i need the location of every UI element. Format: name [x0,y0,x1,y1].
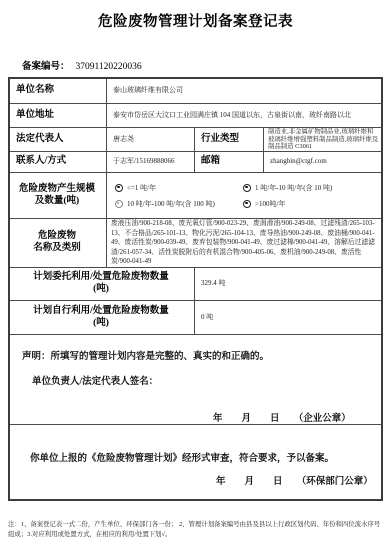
row-contact: 联系人/方式 于志军/15169888066 邮箱 zhangbin@ctgf.… [10,152,381,173]
footnote: 注：1、备案登记表一式二份，产生单位、环保部门各一份； 2、管理计划备案编号由县… [8,520,381,540]
record-number-label: 备案编号： [22,62,70,72]
signature-label: 单位负责人/法定代表人签名： [32,373,381,387]
radio-option: <=1 吨/年 [115,180,243,196]
self-qty-value: 0 吨 [195,301,381,334]
row-approval: 你单位上报的《危险废物管理计划》经形式审查，符合要求，予以备案。 年 月 日 （… [10,425,381,499]
unit-address-value: 泰安市岱岳区大汶口工业园满庄镇 104 国道以东，古泉街以南，玻纤南路以北 [107,104,381,127]
approval-block: 你单位上报的《危险废物管理计划》经形式审查，符合要求，予以备案。 年 月 日 （… [10,425,381,499]
row-declaration: 声明：所填写的管理计划内容是完整的、真实的和正确的。 单位负责人/法定代表人签名… [10,335,381,425]
declaration-statement: 声明：所填写的管理计划内容是完整的、真实的和正确的。 [22,348,381,362]
registration-form-page: 危险废物管理计划备案登记表 备案编号：37091120220036 单位名称 泰… [0,0,391,554]
waste-names-label: 危险废物 名称及类别 [10,219,107,267]
scale-options: <=1 吨/年 1 吨/年-10 吨/年(含 10 吨) 10 吨/年-100 … [107,173,381,218]
record-number-value: 37091120220036 [76,62,142,72]
radio-icon[interactable] [243,184,251,192]
scale-label: 危险废物产生规模 及数量(吨) [10,173,107,218]
self-qty-label: 计划自行利用/处置危险废物数量 (吨) [10,301,195,334]
radio-group-scale: <=1 吨/年 1 吨/年-10 吨/年(含 10 吨) 10 吨/年-100 … [107,180,381,212]
entrusted-qty-label: 计划委托利用/处置危险废物数量 (吨) [10,268,195,300]
unit-name-value: 泰山玻璃纤维有限公司 [107,79,381,103]
row-legal-rep: 法定代表人 唐志尧 行业类型 制造业,非金属矿物制品业,玻璃纤维和玻璃纤维增强塑… [10,128,381,152]
page-title: 危险废物管理计划备案登记表 [0,10,391,31]
radio-icon[interactable] [115,184,123,192]
row-waste-names: 危险废物 名称及类别 废液压油/900-218-08、废光氧灯管/900-023… [10,219,381,268]
industry-type-label: 行业类型 [195,128,264,151]
row-unit-address: 单位地址 泰安市岱岳区大汶口工业园满庄镇 104 国道以东，古泉街以南，玻纤南路… [10,104,381,128]
radio-icon[interactable] [115,200,123,208]
radio-option: 1 吨/年-10 吨/年(含 10 吨) [243,180,381,196]
radio-option: >100吨/年 [243,196,381,212]
unit-name-label: 单位名称 [10,79,107,103]
waste-names-value: 废液压油/900-218-08、废光氧灯管/900-023-29、废润滑油/90… [107,219,381,267]
radio-option-label: <=1 吨/年 [127,183,156,193]
entrusted-qty-value: 329.4 吨 [195,268,381,300]
epa-seal-date-line: 年 月 日 （环保部门公章） [216,473,381,487]
contact-value: 于志军/15169888066 [107,152,195,172]
legal-rep-value: 唐志尧 [107,128,195,151]
row-self-qty: 计划自行利用/处置危险废物数量 (吨) 0 吨 [10,301,381,335]
unit-address-label: 单位地址 [10,104,107,127]
approval-statement: 你单位上报的《危险废物管理计划》经形式审查，符合要求，予以备案。 [30,450,381,464]
row-entrusted-qty: 计划委托利用/处置危险废物数量 (吨) 329.4 吨 [10,268,381,301]
declaration-block: 声明：所填写的管理计划内容是完整的、真实的和正确的。 单位负责人/法定代表人签名… [10,335,381,424]
registration-table: 单位名称 泰山玻璃纤维有限公司 单位地址 泰安市岱岳区大汶口工业园满庄镇 104… [8,77,383,501]
radio-icon[interactable] [243,200,251,208]
row-unit-name: 单位名称 泰山玻璃纤维有限公司 [10,79,381,104]
row-scale: 危险废物产生规模 及数量(吨) <=1 吨/年 1 吨/年-10 吨/年(含 1… [10,173,381,219]
email-value: zhangbin@ctgf.com [264,152,381,172]
radio-option-label: 1 吨/年-10 吨/年(含 10 吨) [255,183,332,193]
enterprise-seal-date-line: 年 月 日 （企业公章） [213,410,381,424]
email-label: 邮箱 [195,152,264,172]
industry-type-value: 制造业,非金属矿物制品业,玻璃纤维和玻璃纤维增强塑料制品制造,玻璃纤维及制品制造… [264,128,381,151]
radio-option-label: 10 吨/年-100 吨/年(含 100 吨) [127,199,215,209]
radio-option-label: >100吨/年 [255,199,285,209]
contact-label: 联系人/方式 [10,152,107,172]
record-number: 备案编号：37091120220036 [22,58,142,72]
radio-option: 10 吨/年-100 吨/年(含 100 吨) [115,196,243,212]
legal-rep-label: 法定代表人 [10,128,107,151]
